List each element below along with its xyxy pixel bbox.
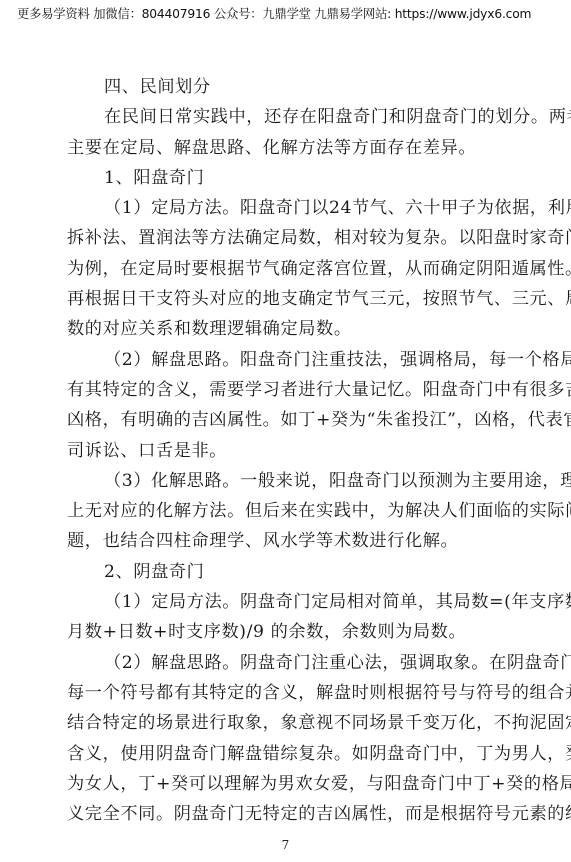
paragraph-line: （3）化解思路。一般来说，阳盘奇门以预测为主要用途，理论 [67, 466, 511, 496]
paragraph-line: 在民间日常实践中，还存在阳盘奇门和阴盘奇门的划分。两者 [67, 102, 511, 132]
section-heading: 四、民间划分 [67, 72, 511, 102]
document-body: 四、民间划分 在民间日常实践中，还存在阳盘奇门和阴盘奇门的划分。两者 主要在定局… [67, 72, 511, 829]
paragraph-line: 月数+日数+时支序数)/9 的余数，余数则为局数。 [67, 617, 511, 647]
paragraph-line: （2）解盘思路。阳盘奇门注重技法，强调格局，每一个格局都 [67, 345, 511, 375]
paragraph-line: 主要在定局、解盘思路、化解方法等方面存在差异。 [67, 133, 511, 163]
paragraph-line: （1）定局方法。阴盘奇门定局相对简单，其局数=(年支序数+ [67, 587, 511, 617]
paragraph-line: 为女人，丁+癸可以理解为男欢女爱，与阳盘奇门中丁+癸的格局含 [67, 769, 511, 799]
paragraph-line: 司诉讼、口舌是非。 [67, 436, 511, 466]
paragraph-line: 数的对应关系和数理逻辑确定局数。 [67, 314, 511, 344]
paragraph-line: 含义，使用阴盘奇门解盘错综复杂。如阴盘奇门中，丁为男人，癸 [67, 739, 511, 769]
paragraph-line: 拆补法、置润法等方法确定局数，相对较为复杂。以阳盘时家奇门 [67, 223, 511, 253]
subsection-heading-yinpan: 2、阴盘奇门 [67, 557, 511, 587]
watermark-banner: 更多易学资料 加微信：804407916 公众号：九鼎学堂 九鼎易学网站: ht… [0, 0, 571, 28]
paragraph-line: （1）定局方法。阳盘奇门以24节气、六十甲子为依据，利用 [67, 193, 511, 223]
page-number: 7 [0, 838, 571, 852]
paragraph-line: 每一个符号都有其特定的含义，解盘时则根据符号与符号的组合并 [67, 678, 511, 708]
paragraph-line: 上无对应的化解方法。但后来在实践中，为解决人们面临的实际问 [67, 496, 511, 526]
paragraph-line: 凶格，有明确的吉凶属性。如丁+癸为“朱雀投江”，凶格，代表官 [67, 405, 511, 435]
paragraph-line: （2）解盘思路。阴盘奇门注重心法，强调取象。在阴盘奇门中， [67, 648, 511, 678]
subsection-heading-yangpan: 1、阳盘奇门 [67, 163, 511, 193]
paragraph-line: 再根据日干支符头对应的地支确定节气三元，按照节气、三元、局 [67, 284, 511, 314]
paragraph-line: 题，也结合四柱命理学、风水学等术数进行化解。 [67, 526, 511, 556]
paragraph-line: 为例，在定局时要根据节气确定落宫位置，从而确定阴阳遁属性。 [67, 254, 511, 284]
paragraph-line: 有其特定的含义，需要学习者进行大量记忆。阳盘奇门中有很多吉 [67, 375, 511, 405]
paragraph-line: 结合特定的场景进行取象，象意视不同场景千变万化，不拘泥固定 [67, 708, 511, 738]
paragraph-line: 义完全不同。阴盘奇门无特定的吉凶属性，而是根据符号元素的组 [67, 799, 511, 829]
